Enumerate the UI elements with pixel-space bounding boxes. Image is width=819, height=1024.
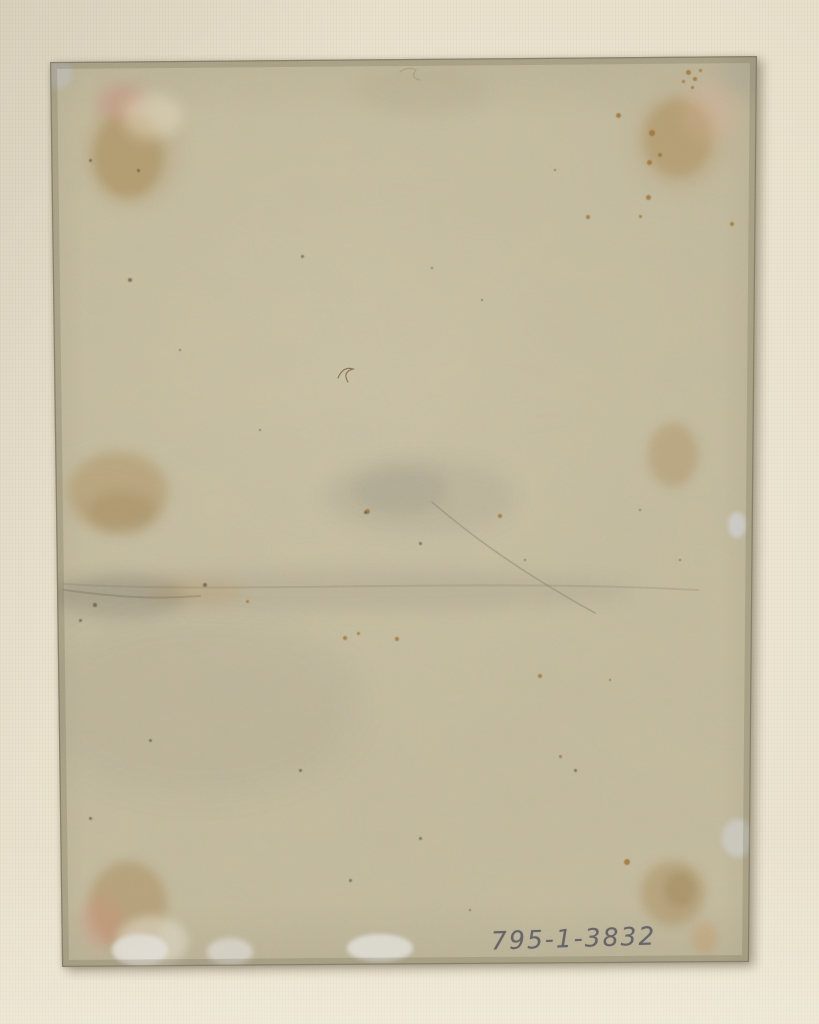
paper-sheet-wrapper: 795-1-3832 <box>50 56 757 967</box>
small-fiber-squiggle <box>338 368 353 382</box>
inventory-number-inscription: 795-1-3832 <box>491 921 657 955</box>
top-faint-scribble <box>400 68 420 80</box>
diagonal-crease <box>432 502 595 613</box>
sheet-edge-outline <box>50 56 757 967</box>
horizontal-streak <box>64 584 698 590</box>
sheet-edge-line <box>50 56 757 967</box>
creases-layer <box>50 56 757 967</box>
horizontal-streak-left <box>64 590 200 598</box>
paper-sheet-verso: 795-1-3832 <box>50 56 757 967</box>
